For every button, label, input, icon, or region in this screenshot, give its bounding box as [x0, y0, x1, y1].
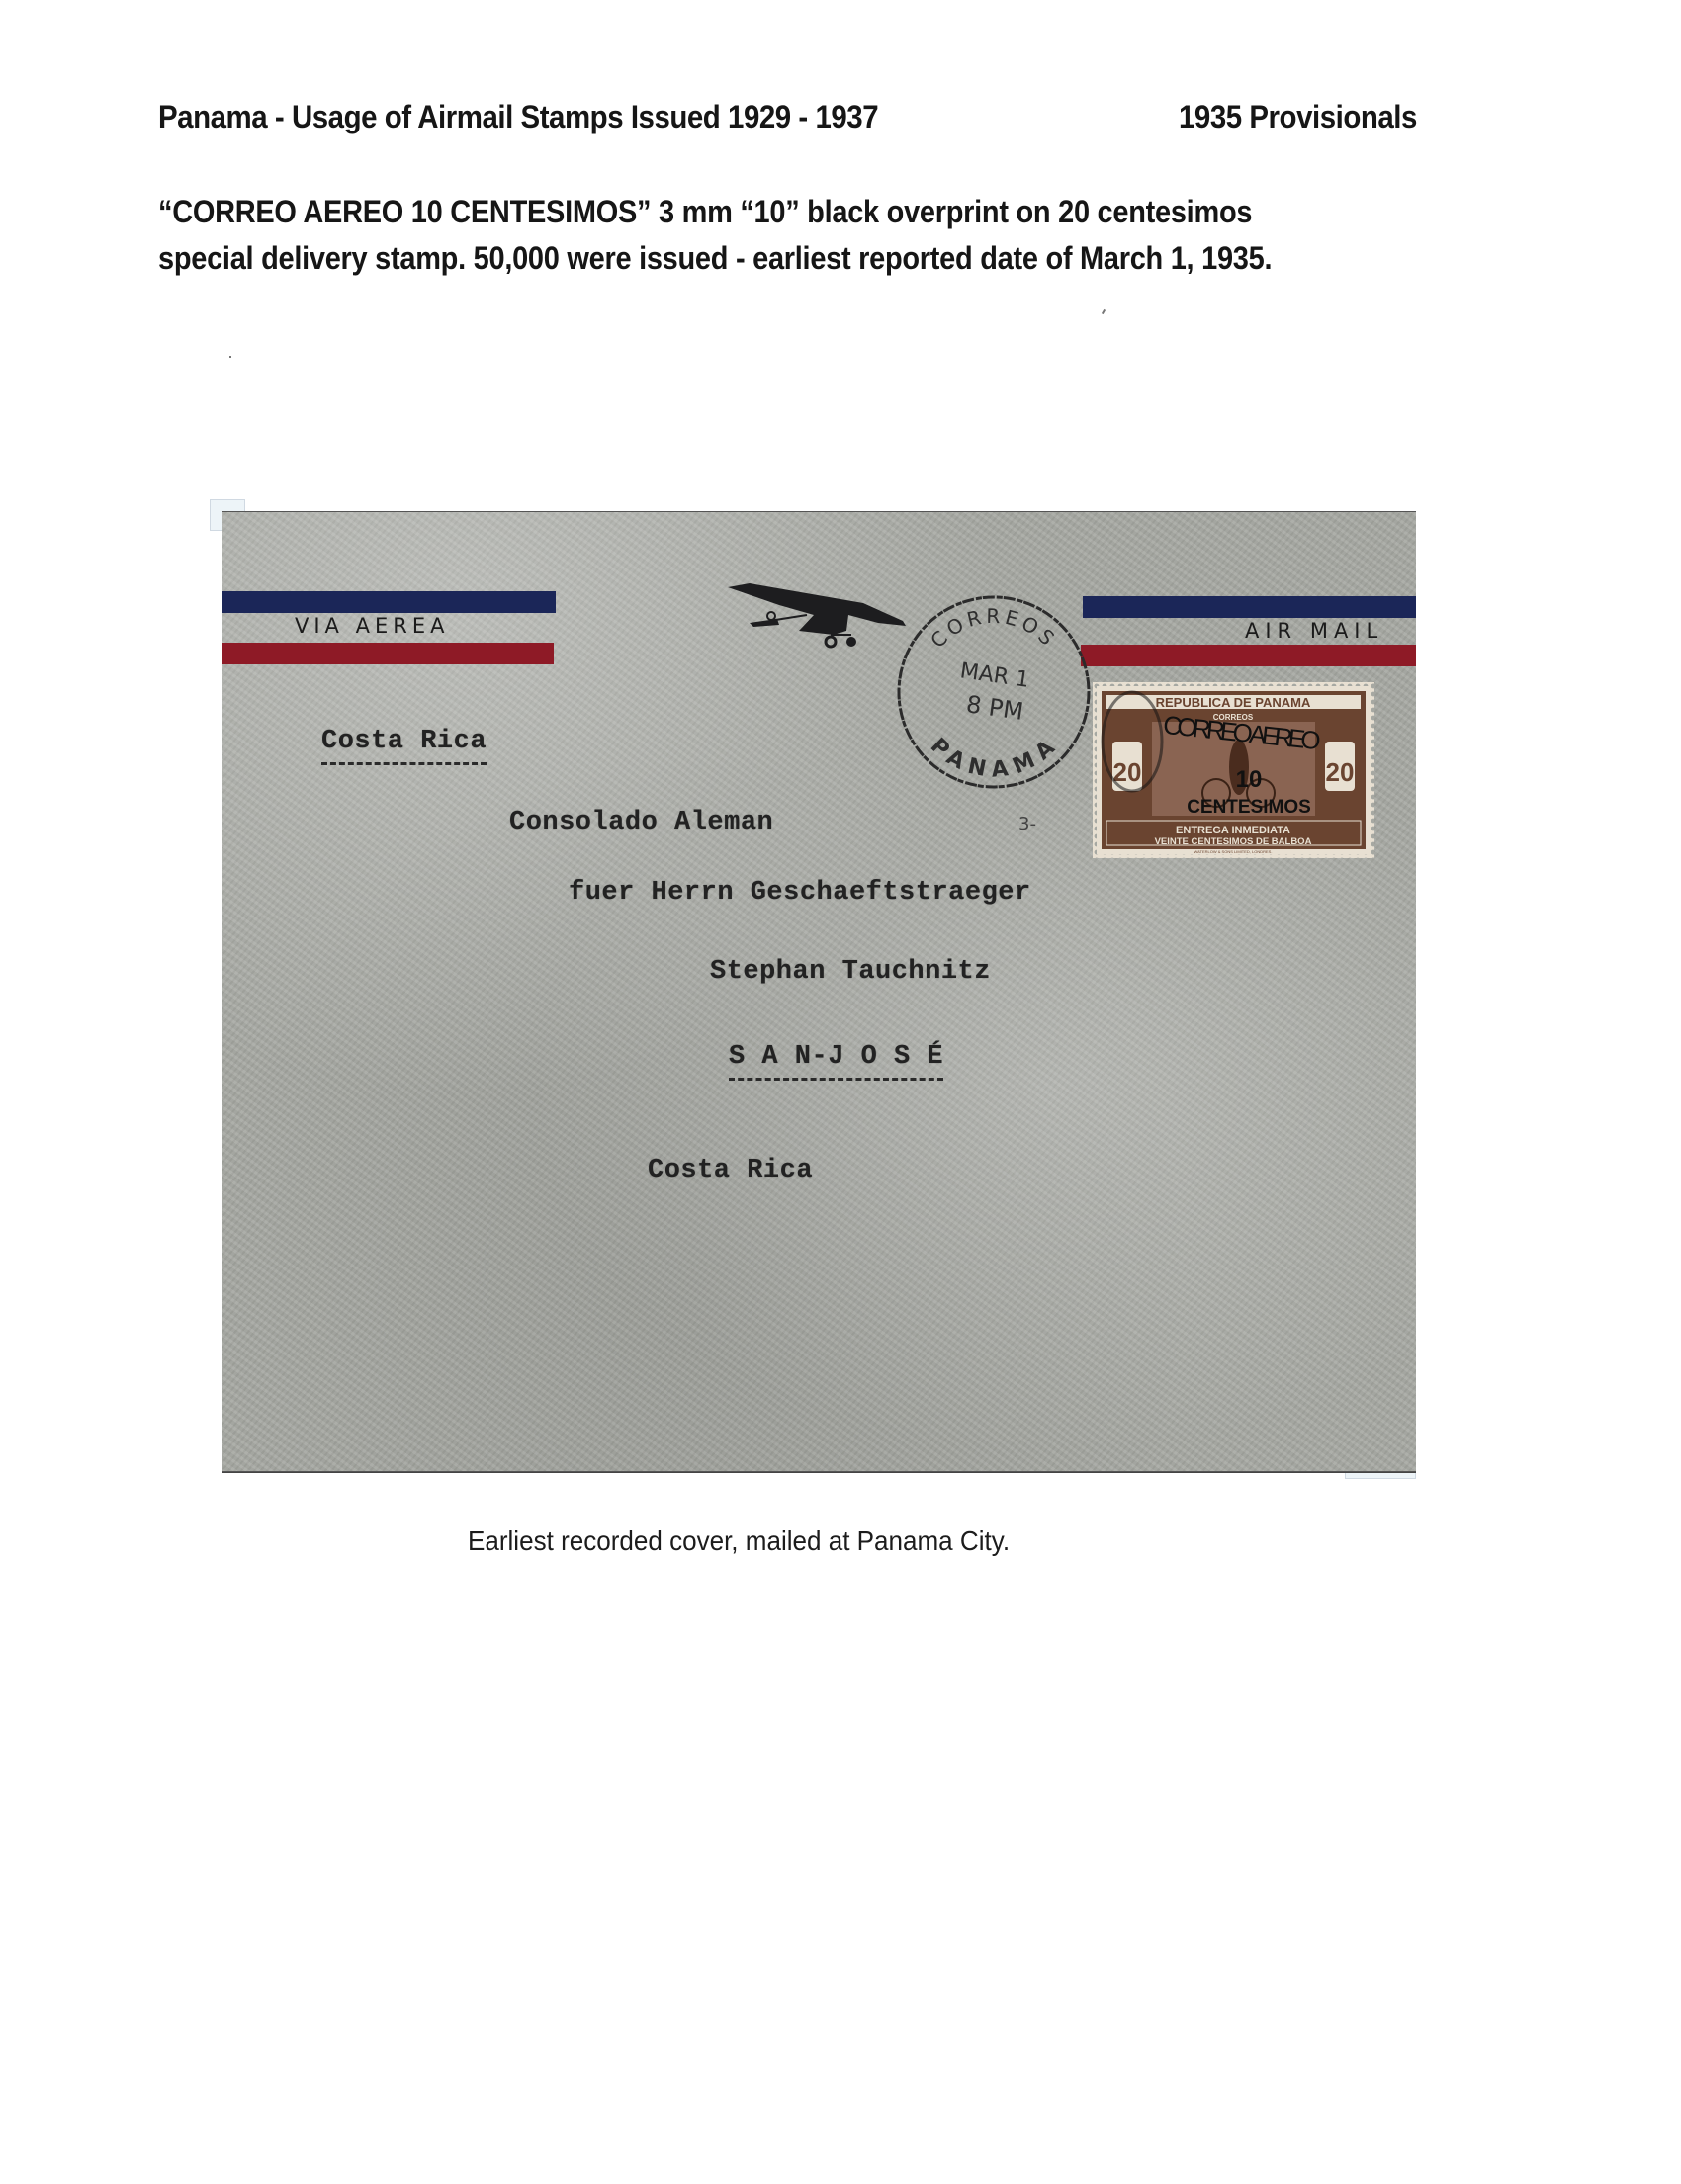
stamp-imprint: WATERLOW & SONS LIMITED, LONDRES.: [1194, 849, 1273, 854]
address-line-3: Stephan Tauchnitz: [710, 957, 991, 987]
stamp-country: REPUBLICA DE PANAMA: [1156, 695, 1311, 710]
airmail-cover: VIA AEREA AIR MAIL Costa Rica Consolado …: [222, 511, 1416, 1473]
description-line-1: “CORREO AEREO 10 CENTESIMOS” 3 mm “10” b…: [158, 194, 1252, 230]
section-title: 1935 Provisionals: [1179, 99, 1417, 135]
scan-speck: [229, 356, 231, 358]
postmark-date: MAR 1: [958, 658, 1030, 693]
address-country: Costa Rica: [648, 1156, 813, 1185]
address-city: S A N-J O S É: [729, 1042, 943, 1081]
stamp-bottom-1: ENTREGA INMEDIATA: [1176, 825, 1290, 836]
stamp-value-right: 20: [1326, 757, 1355, 787]
cover-caption: Earliest recorded cover, mailed at Panam…: [468, 1526, 1010, 1557]
postmark-time: 8 PM: [964, 690, 1024, 726]
stamp-bottom-2: VEINTE CENTESIMOS DE BALBOA: [1155, 836, 1312, 847]
blue-stripe-right: [1083, 596, 1416, 618]
overprint-value: 10: [1236, 766, 1263, 793]
red-stripe-right: [1081, 645, 1416, 666]
postmark-cancel: CORREOS MAR 1 8 PM PANAMA: [895, 593, 1093, 791]
page-title: Panama - Usage of Airmail Stamps Issued …: [158, 99, 878, 135]
overprint-centesimos: CENTESIMOS: [1187, 797, 1311, 818]
airmail-stamp: REPUBLICA DE PANAMA CORREOS 20 20 ENTREG…: [1093, 682, 1374, 858]
address-line-1: Consolado Aleman: [509, 808, 773, 837]
description-line-2: special delivery stamp. 50,000 were issu…: [158, 240, 1272, 277]
address-line-2: fuer Herrn Geschaeftstraeger: [569, 878, 1031, 908]
air-mail-label: AIR MAIL: [1245, 619, 1383, 643]
via-aerea-label: VIA AEREA: [295, 614, 449, 638]
airplane-icon: [720, 571, 918, 651]
blue-stripe-left: [222, 591, 556, 613]
red-stripe-left: [222, 643, 554, 664]
scan-speck: [1102, 309, 1106, 314]
pencil-mark: 3-: [1018, 814, 1036, 834]
address-country-top: Costa Rica: [321, 727, 487, 765]
